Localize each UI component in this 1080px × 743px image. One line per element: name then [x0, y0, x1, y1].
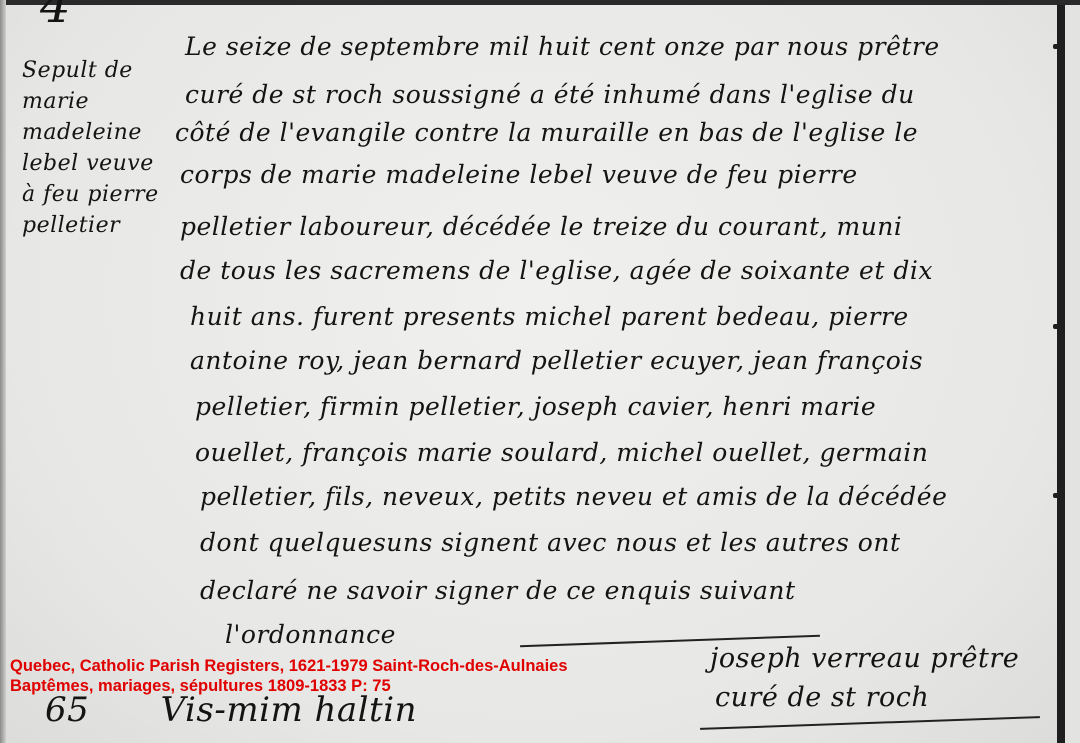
scan-top-edge — [0, 0, 1080, 5]
adjacent-page-edge — [1065, 5, 1080, 743]
record-line: Le seize de septembre mil huit cent onze… — [185, 32, 940, 61]
margin-note-line: marie — [22, 86, 159, 117]
record-line: l'ordonnance — [225, 620, 396, 649]
record-line: curé de st roch soussigné a été inhumé d… — [185, 80, 915, 109]
record-line: declaré ne savoir signer de ce enquis su… — [200, 576, 796, 605]
record-line: pelletier, fils, neveux, petits neveu et… — [200, 482, 947, 511]
margin-note: Sepult de marie madeleine lebel veuve à … — [22, 55, 159, 241]
margin-note-line: madeleine — [22, 117, 159, 148]
caption-line-volume: Baptêmes, mariages, sépultures 1809-1833… — [10, 676, 568, 696]
margin-note-line: pelletier — [22, 210, 159, 241]
record-line: pelletier laboureur, décédée le treize d… — [180, 212, 902, 241]
record-line: dont quelquesuns signent avec nous et le… — [200, 528, 901, 557]
next-entry-margin: Vis-mim haltin — [161, 690, 417, 730]
next-entry-number: 65 — [45, 690, 89, 730]
record-line: corps de marie madeleine lebel veuve de … — [180, 160, 858, 189]
record-line: de tous les sacremens de l'eglise, agée … — [180, 256, 933, 285]
page-binding-line — [1057, 5, 1065, 743]
source-caption: Quebec, Catholic Parish Registers, 1621-… — [10, 656, 568, 696]
margin-note-line: lebel veuve — [22, 148, 159, 179]
signature-line: curé de st roch — [715, 682, 929, 713]
caption-line-collection: Quebec, Catholic Parish Registers, 1621-… — [10, 656, 568, 676]
record-line: huit ans. furent presents michel parent … — [190, 302, 909, 331]
record-line: ouellet, françois marie soulard, michel … — [195, 438, 928, 467]
corner-mark: 4 — [40, 0, 71, 34]
record-line: côté de l'evangile contre la muraille en… — [175, 118, 918, 147]
next-entry-fragment: 65 Vis-mim haltin — [45, 690, 417, 730]
margin-note-line: à feu pierre — [22, 179, 159, 210]
record-line: pelletier, firmin pelletier, joseph cavi… — [195, 392, 876, 421]
signature-line: joseph verreau prêtre — [710, 643, 1019, 674]
record-line: antoine roy, jean bernard pelletier ecuy… — [190, 346, 923, 375]
scan-left-edge — [0, 0, 6, 743]
margin-note-line: Sepult de — [22, 55, 159, 86]
